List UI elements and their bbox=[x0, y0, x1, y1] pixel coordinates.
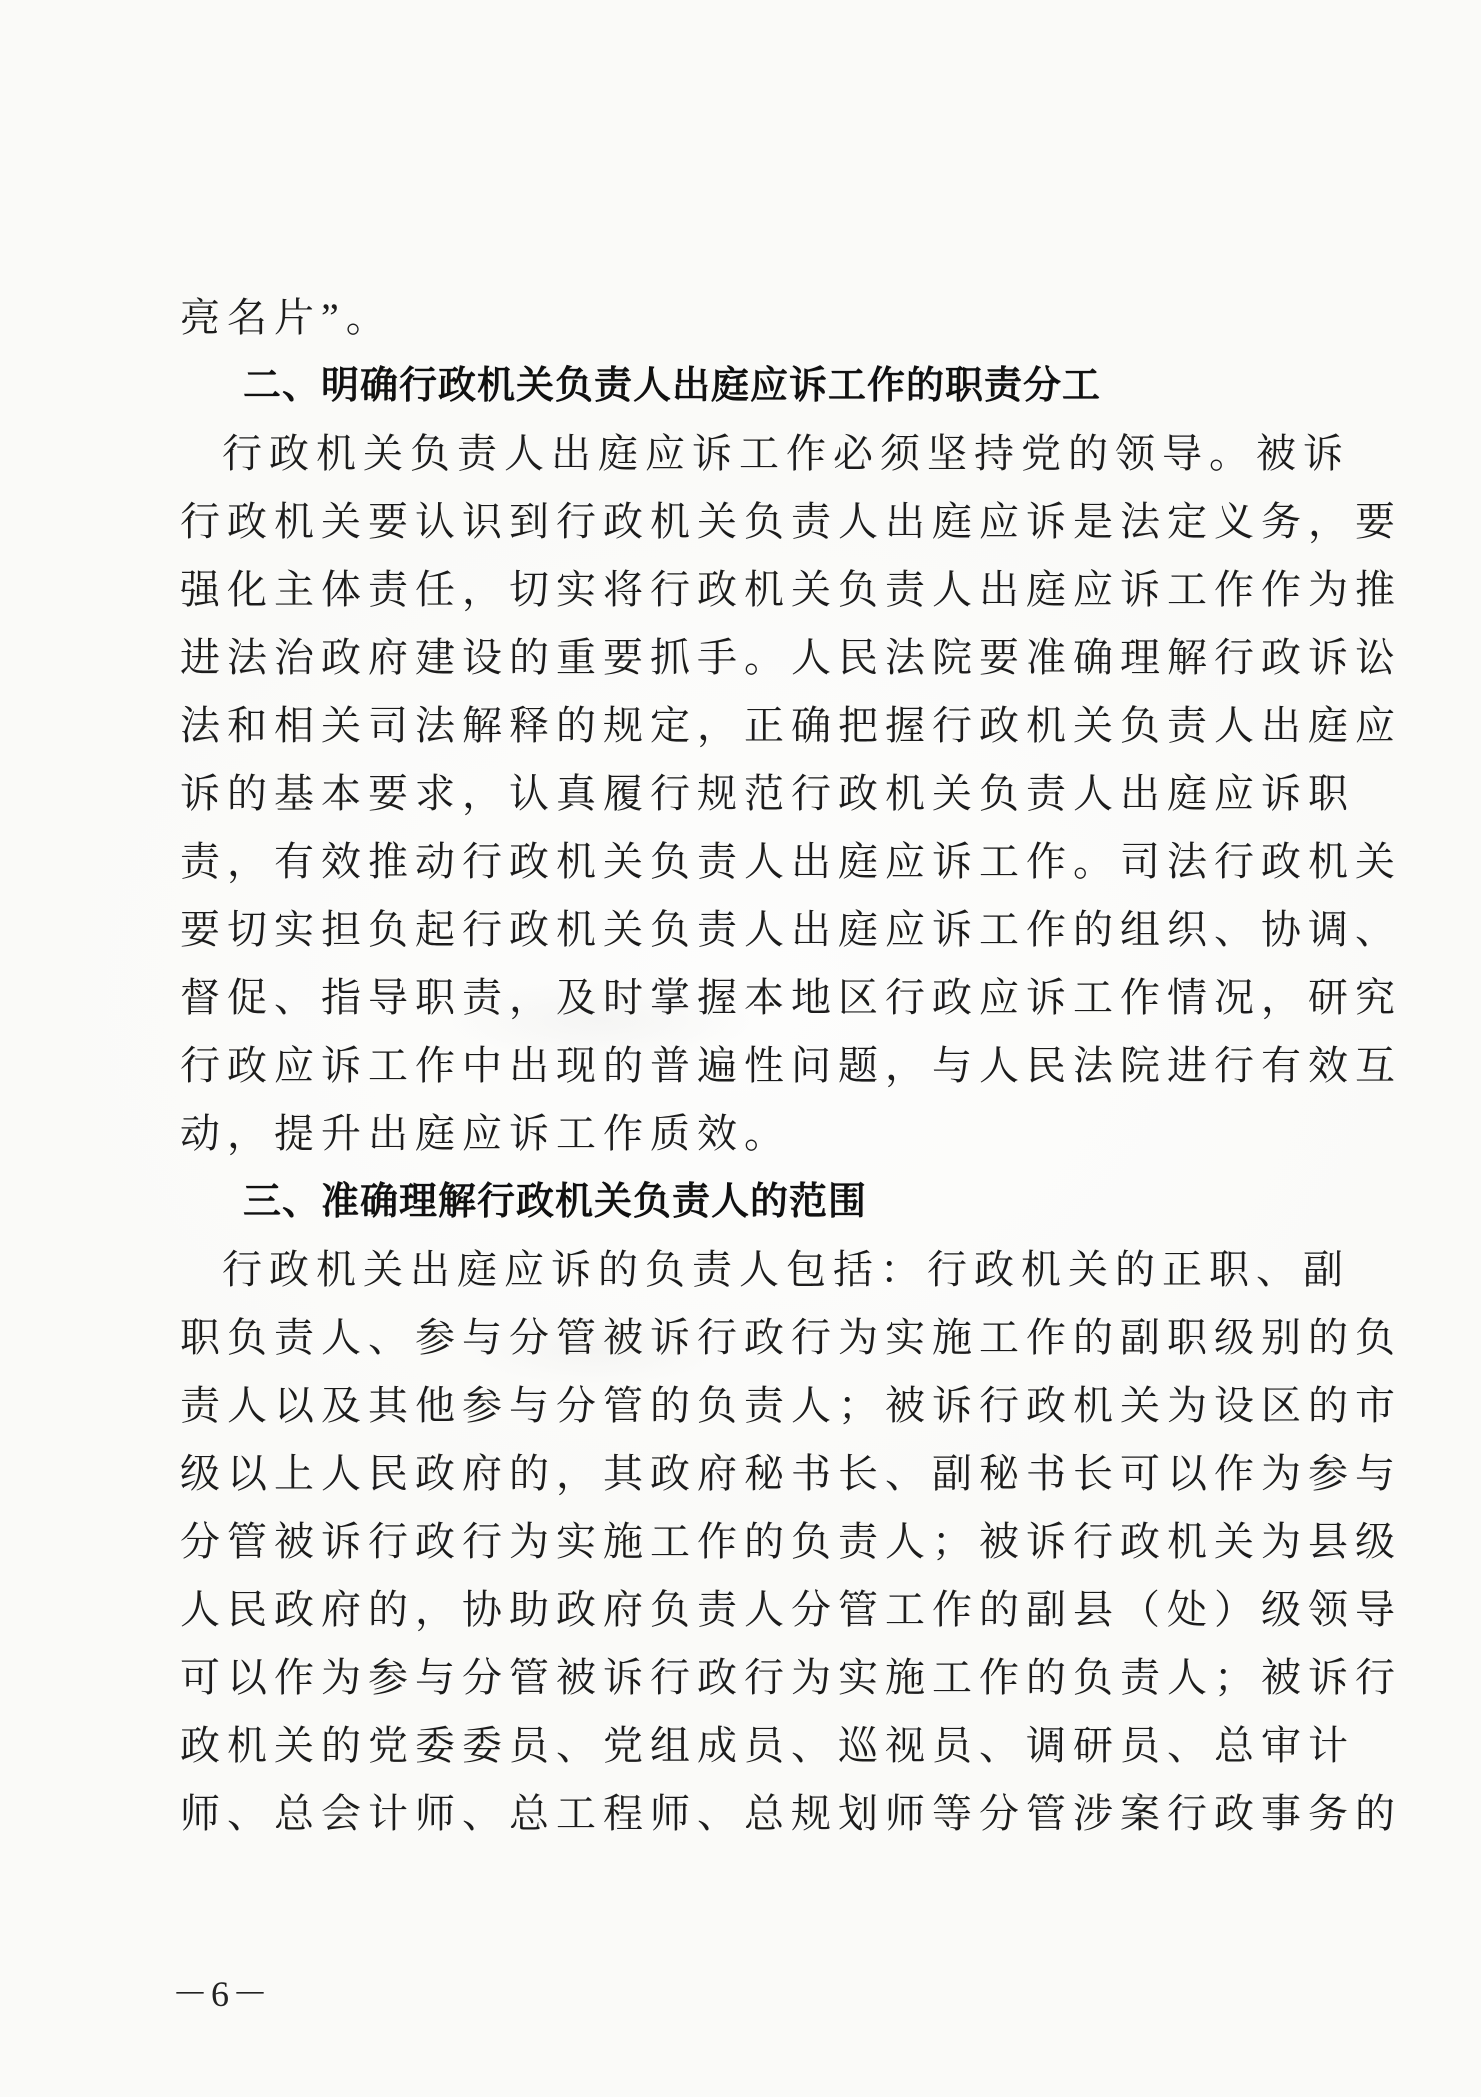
text-line: 动，提升出庭应诉工作质效。 bbox=[180, 1100, 1390, 1168]
text-line: 强化主体责任，切实将行政机关负责人出庭应诉工作作为推 bbox=[180, 556, 1390, 624]
continuation-text-line: 亮名片”。 bbox=[180, 284, 1390, 352]
section-heading-3: 三、准确理解行政机关负责人的范围 bbox=[180, 1168, 1390, 1236]
text-line: 政机关的党委委员、党组成员、巡视员、调研员、总审计 bbox=[180, 1712, 1390, 1780]
text-line: 行政机关负责人出庭应诉工作必须坚持党的领导。被诉 bbox=[180, 420, 1390, 488]
text-line: 职负责人、参与分管被诉行政行为实施工作的副职级别的负 bbox=[180, 1304, 1390, 1372]
text-line: 师、总会计师、总工程师、总规划师等分管涉案行政事务的 bbox=[180, 1780, 1390, 1848]
text-line: 行政应诉工作中出现的普遍性问题，与人民法院进行有效互 bbox=[180, 1032, 1390, 1100]
text-line: 行政机关出庭应诉的负责人包括：行政机关的正职、副 bbox=[180, 1236, 1390, 1304]
text-line: 级以上人民政府的，其政府秘书长、副秘书长可以作为参与 bbox=[180, 1440, 1390, 1508]
text-line: 可以作为参与分管被诉行政行为实施工作的负责人；被诉行 bbox=[180, 1644, 1390, 1712]
page-number: －6－ bbox=[172, 1966, 271, 2017]
document-body: 亮名片”。 二、明确行政机关负责人出庭应诉工作的职责分工 行政机关负责人出庭应诉… bbox=[180, 284, 1390, 1848]
text-line: 诉的基本要求，认真履行规范行政机关负责人出庭应诉职 bbox=[180, 760, 1390, 828]
section-heading-2: 二、明确行政机关负责人出庭应诉工作的职责分工 bbox=[180, 352, 1390, 420]
text-line: 行政机关要认识到行政机关负责人出庭应诉是法定义务，要 bbox=[180, 488, 1390, 556]
text-line: 分管被诉行政行为实施工作的负责人；被诉行政机关为县级 bbox=[180, 1508, 1390, 1576]
document-page: 亮名片”。 二、明确行政机关负责人出庭应诉工作的职责分工 行政机关负责人出庭应诉… bbox=[0, 0, 1481, 2097]
text-line: 责人以及其他参与分管的负责人；被诉行政机关为设区的市 bbox=[180, 1372, 1390, 1440]
text-line: 责，有效推动行政机关负责人出庭应诉工作。司法行政机关 bbox=[180, 828, 1390, 896]
text-line: 督促、指导职责，及时掌握本地区行政应诉工作情况，研究 bbox=[180, 964, 1390, 1032]
text-line: 人民政府的，协助政府负责人分管工作的副县（处）级领导 bbox=[180, 1576, 1390, 1644]
text-line: 进法治政府建设的重要抓手。人民法院要准确理解行政诉讼 bbox=[180, 624, 1390, 692]
text-line: 法和相关司法解释的规定，正确把握行政机关负责人出庭应 bbox=[180, 692, 1390, 760]
text-line: 要切实担负起行政机关负责人出庭应诉工作的组织、协调、 bbox=[180, 896, 1390, 964]
